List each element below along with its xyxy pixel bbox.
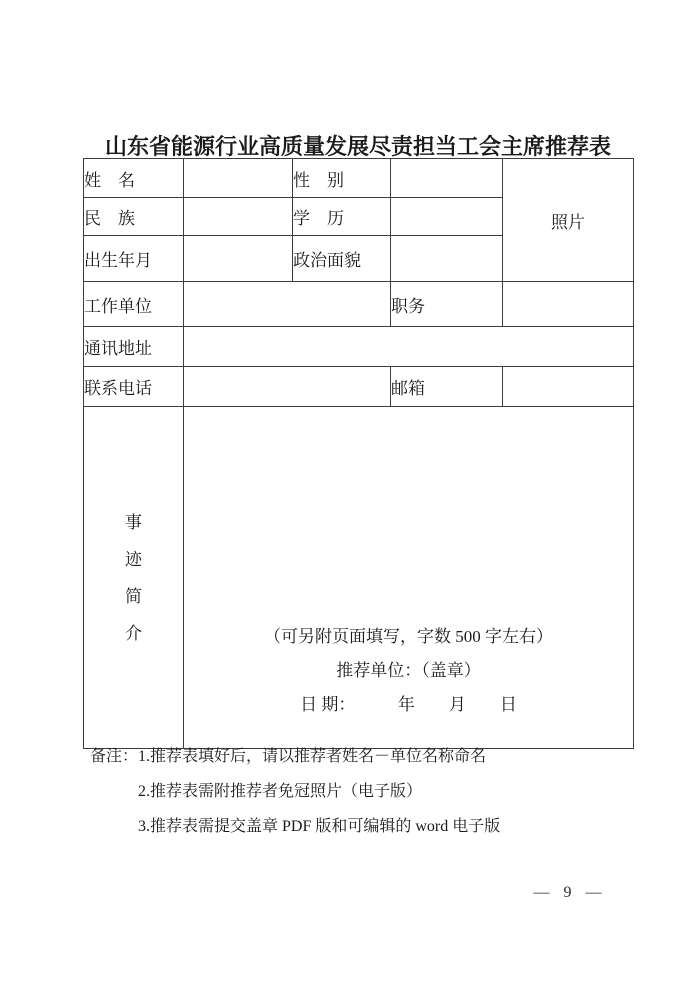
position-label: 职务 xyxy=(391,282,503,327)
position-value-cell xyxy=(503,282,634,327)
recommending-unit-line: 推荐单位：（盖章） xyxy=(184,654,633,688)
name-label: 姓 名 xyxy=(84,159,184,198)
deeds-content-cell: （可另附页面填写，字数 500 字左右） 推荐单位：（盖章） 日 期： 年 月 … xyxy=(184,407,634,749)
row-workunit-position: 工作单位 职务 xyxy=(84,282,634,327)
deeds-label: 事迹简介 xyxy=(125,504,143,652)
page-number: — 9 — xyxy=(520,884,615,902)
email-value-cell xyxy=(503,367,634,407)
deeds-label-cell: 事迹简介 xyxy=(84,407,184,749)
notes-label: 备注： xyxy=(90,748,138,765)
birth-date-label: 出生年月 xyxy=(84,236,184,282)
note-item-1: 1.推荐表填好后，请以推荐者姓名－单位名称命名 xyxy=(138,748,486,765)
name-value-cell xyxy=(184,159,293,198)
date-line: 日 期： 年 月 日 xyxy=(184,688,633,722)
row-name-gender: 姓 名 性 别 照片 xyxy=(84,159,634,198)
ethnicity-label: 民 族 xyxy=(84,198,184,236)
note-item-2: 2.推荐表需附推荐者免冠照片（电子版） xyxy=(138,783,422,800)
email-label: 邮箱 xyxy=(391,367,503,407)
political-status-value-cell xyxy=(391,236,503,282)
work-unit-value-cell xyxy=(184,282,391,327)
phone-value-cell xyxy=(184,367,391,407)
education-value-cell xyxy=(391,198,503,236)
address-label: 通讯地址 xyxy=(84,327,184,367)
political-status-label: 政治面貌 xyxy=(293,236,391,282)
address-value-cell xyxy=(184,327,634,367)
row-deeds: 事迹简介 （可另附页面填写，字数 500 字左右） 推荐单位：（盖章） 日 期：… xyxy=(84,407,634,749)
gender-label: 性 别 xyxy=(293,159,391,198)
notes-section: 备注：1.推荐表填好后，请以推荐者姓名－单位名称命名 2.推荐表需附推荐者免冠照… xyxy=(90,739,630,844)
note-item-3: 3.推荐表需提交盖章 PDF 版和可编辑的 word 电子版 xyxy=(138,818,500,835)
phone-label: 联系电话 xyxy=(84,367,184,407)
work-unit-label: 工作单位 xyxy=(84,282,184,327)
deeds-note-line: （可另附页面填写，字数 500 字左右） xyxy=(184,620,633,654)
birth-date-value-cell xyxy=(184,236,293,282)
row-phone-email: 联系电话 邮箱 xyxy=(84,367,634,407)
deeds-content: （可另附页面填写，字数 500 字左右） 推荐单位：（盖章） 日 期： 年 月 … xyxy=(184,434,633,722)
recommendation-form-table: 姓 名 性 别 照片 民 族 学 历 出生年月 政治面貌 工作单位 xyxy=(83,158,634,749)
note-line-2: 2.推荐表需附推荐者免冠照片（电子版） xyxy=(90,774,630,809)
note-line-3: 3.推荐表需提交盖章 PDF 版和可编辑的 word 电子版 xyxy=(90,809,630,844)
education-label: 学 历 xyxy=(293,198,391,236)
gender-value-cell xyxy=(391,159,503,198)
row-address: 通讯地址 xyxy=(84,327,634,367)
document-page: 山东省能源行业高质量发展尽责担当工会主席推荐表 姓 名 性 别 照片 民 族 学… xyxy=(0,0,700,990)
note-line-1: 备注：1.推荐表填好后，请以推荐者姓名－单位名称命名 xyxy=(90,739,630,774)
photo-cell: 照片 xyxy=(503,159,634,282)
page-title: 山东省能源行业高质量发展尽责担当工会主席推荐表 xyxy=(83,130,633,161)
ethnicity-value-cell xyxy=(184,198,293,236)
